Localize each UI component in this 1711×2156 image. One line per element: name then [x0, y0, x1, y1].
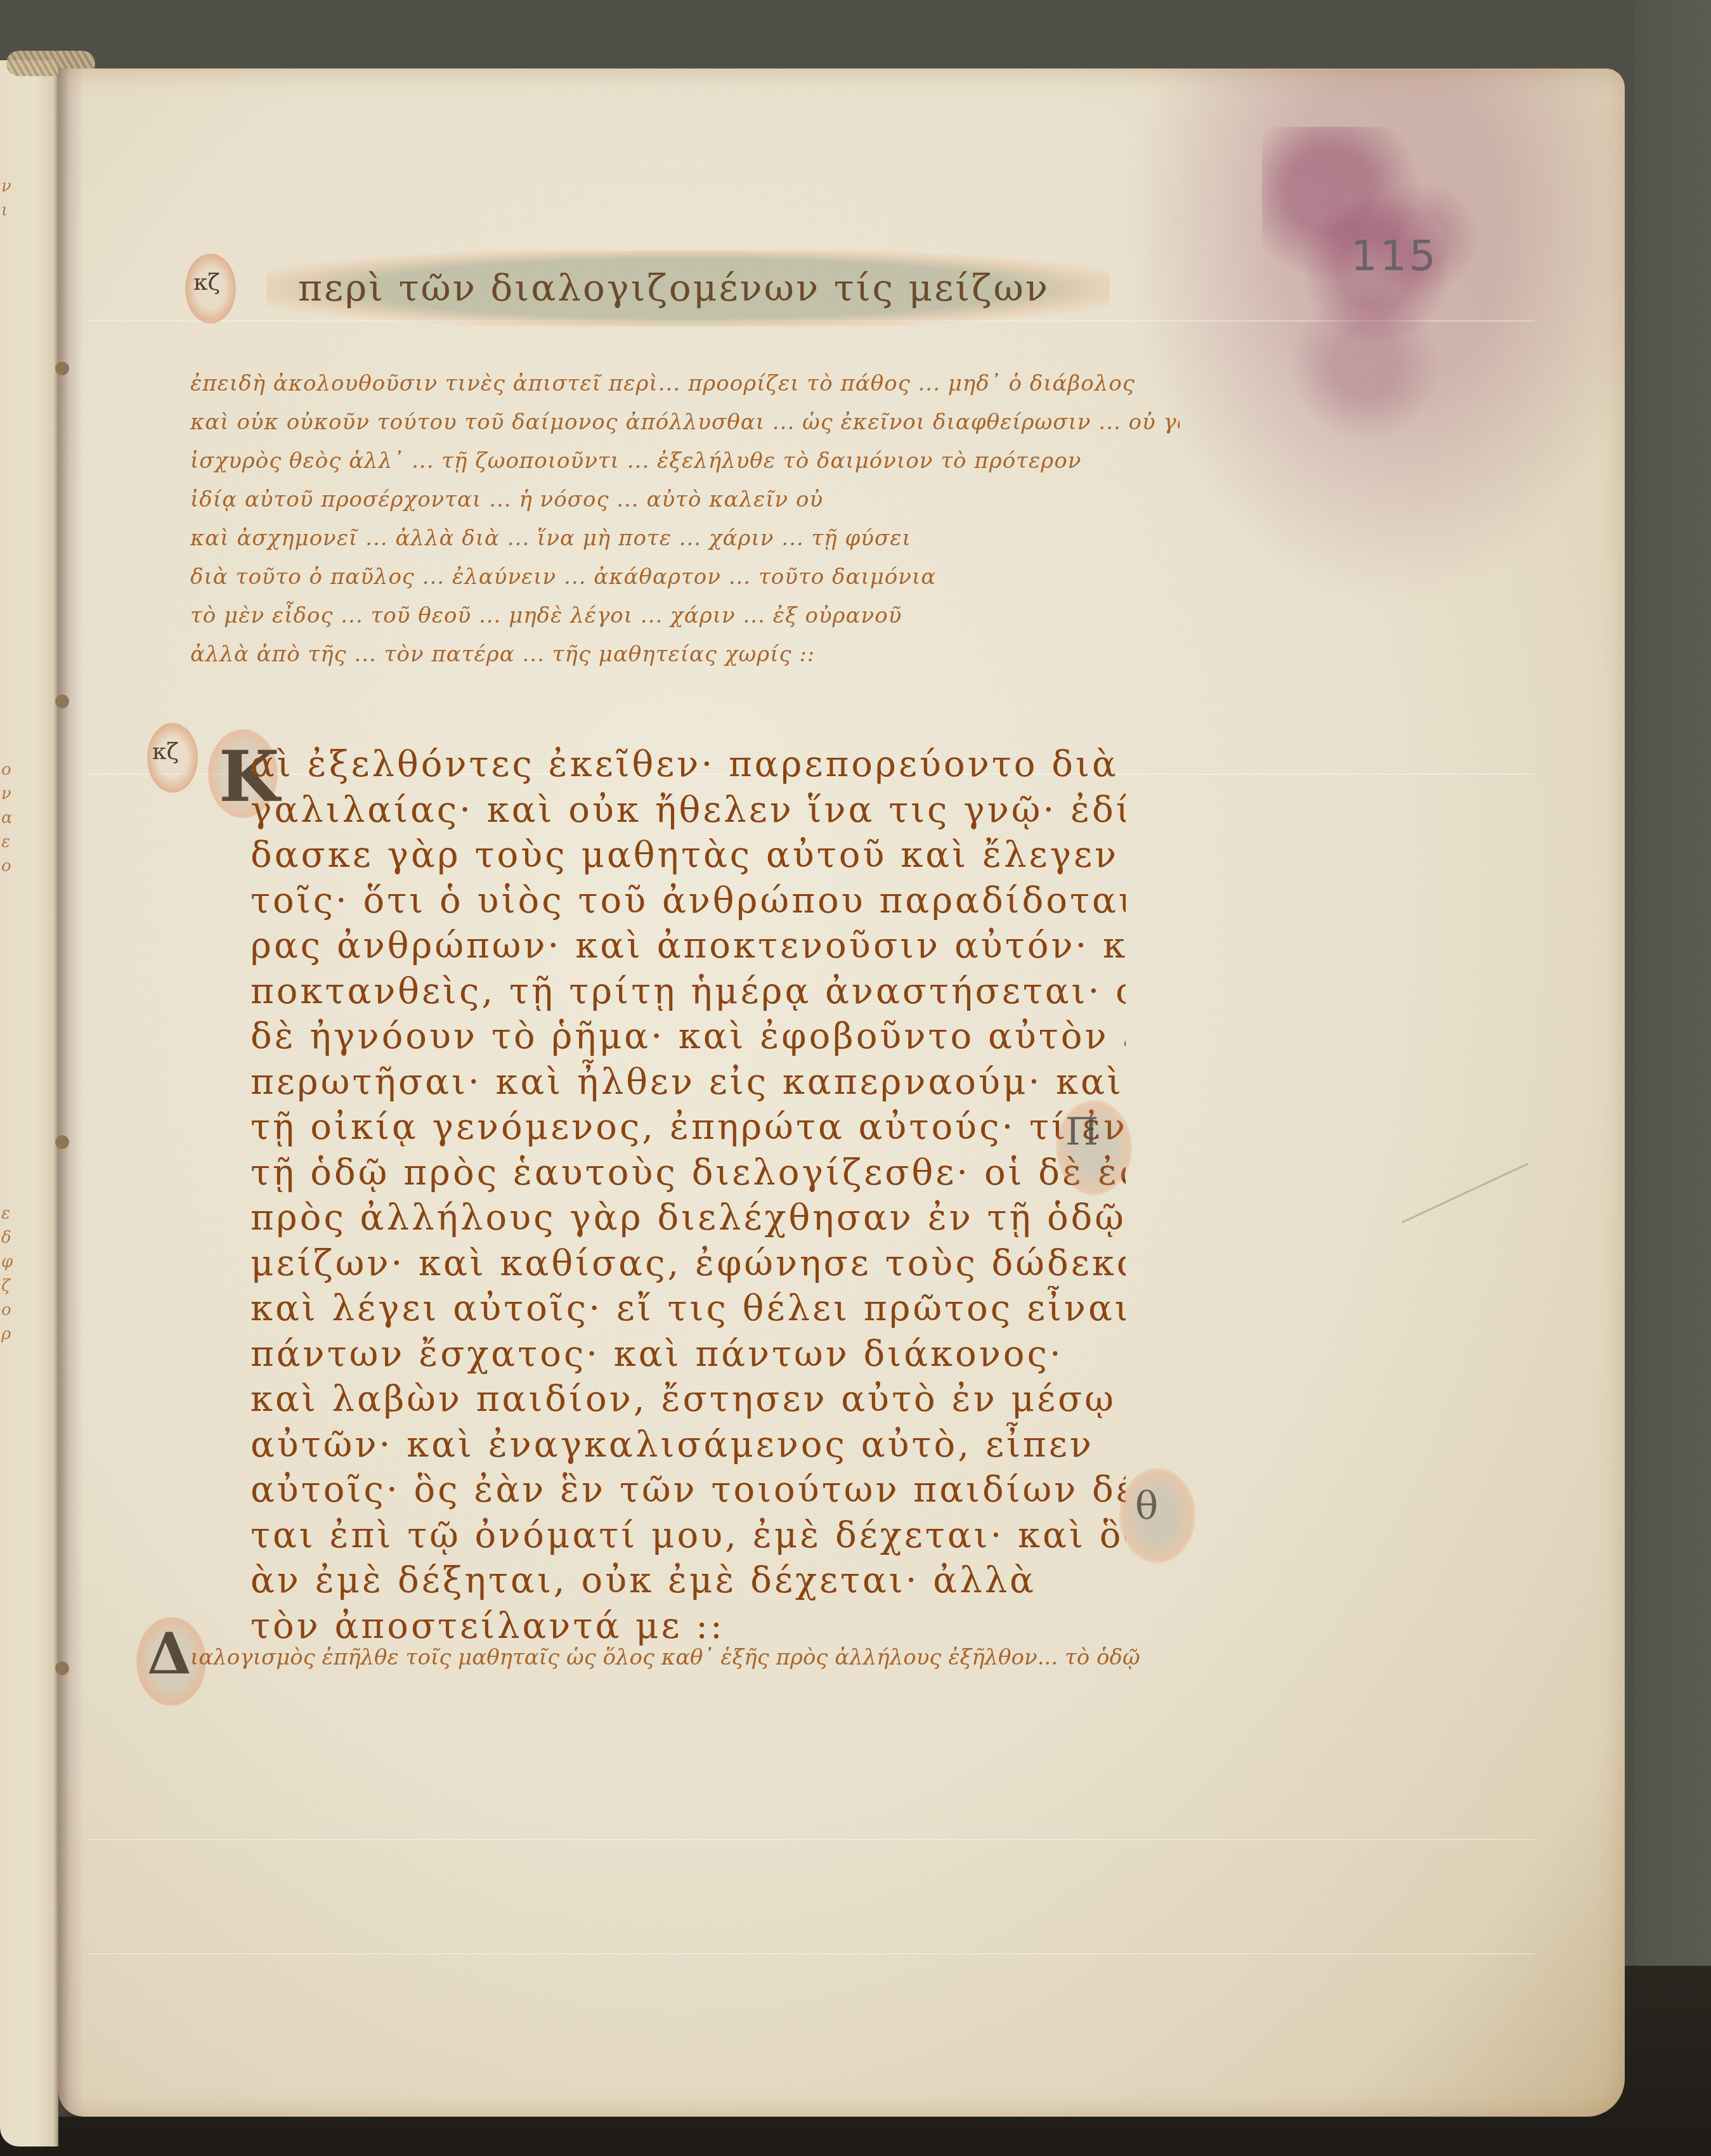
- decorated-initial: Δ: [147, 1620, 192, 1687]
- text-line: τοῖς· ὅτι ὁ υἱὸς τοῦ ἀνθρώπου παραδίδοτα…: [250, 878, 1126, 924]
- sewing-station: [49, 361, 75, 375]
- marginal-note: θ: [1135, 1484, 1158, 1528]
- section-marker: κζ: [193, 269, 220, 295]
- text-line: περωτῆσαι· καὶ ἦλθεν εἰς καπερναούμ· καὶ…: [250, 1060, 1126, 1105]
- text-line: πρὸς ἀλλήλους γὰρ διελέχθησαν ἐν τῇ ὁδῷ,…: [250, 1195, 1126, 1241]
- text-line: τὸν ἀποστείλαντά με ::: [250, 1604, 1126, 1649]
- text-line: ποκτανθεὶς, τῇ τρίτῃ ἡμέρᾳ ἀναστήσεται· …: [250, 969, 1126, 1015]
- text-line: καὶ λαβὼν παιδίον, ἔστησεν αὐτὸ ἐν μέσῳ: [250, 1377, 1126, 1422]
- text-line: αὐτῶν· καὶ ἐναγκαλισάμενος αὐτὸ, εἶπεν: [250, 1422, 1126, 1468]
- commentary-line: ἀλλὰ ἀπὸ τῆς ... τὸν πατέρα ... τῆς μαθη…: [190, 635, 1180, 674]
- background-right: [1635, 0, 1711, 2156]
- commentary-line: καὶ ἀσχημονεῖ ... ἀλλὰ διὰ ... ἵνα μὴ πο…: [190, 519, 1180, 558]
- facing-page-marks: ο ν α ε ο: [1, 758, 39, 878]
- sewing-station: [49, 1135, 75, 1149]
- text-line: αὶ ἐξελθόντες ἐκεῖθεν· παρεπορεύοντο διὰ…: [250, 742, 1126, 788]
- text-line: αὐτοῖς· ὃς ἐὰν ἓν τῶν τοιούτων παιδίων δ…: [250, 1467, 1126, 1513]
- sewing-station: [49, 1661, 75, 1675]
- text-line: ρας ἀνθρώπων· καὶ ἀποκτενοῦσιν αὐτόν· κα…: [250, 923, 1126, 969]
- commentary-line: ἰδίᾳ αὐτοῦ προσέρχονται ... ἡ νόσος ... …: [190, 481, 1180, 519]
- text-line: δὲ ἠγνόουν τὸ ῥῆμα· καὶ ἐφοβοῦντο αὐτὸν …: [250, 1014, 1126, 1060]
- commentary-line: καὶ οὐκ οὐκοῦν τούτου τοῦ δαίμονος ἀπόλλ…: [190, 403, 1180, 442]
- text-line: πάντων ἔσχατος· καὶ πάντων διάκονος·: [250, 1332, 1126, 1377]
- facing-page-marks: ε δ φ ζ ο ρ: [1, 1202, 39, 1346]
- text-line: καὶ λέγει αὐτοῖς· εἴ τις θέλει πρῶτος εἶ…: [250, 1286, 1126, 1332]
- commentary-block: ἐπειδὴ ἀκολουθοῦσιν τινὲς ἀπιστεῖ περὶ..…: [190, 365, 1180, 674]
- sewing-station: [49, 694, 75, 708]
- ink-stain: [1262, 127, 1490, 444]
- ruling-line: [89, 1839, 1535, 1840]
- text-line: γαλιλαίας· καὶ οὐκ ἤθελεν ἵνα τις γνῷ· ἐ…: [250, 788, 1126, 833]
- gutter-shadow: [58, 68, 84, 2117]
- commentary-line: ἰσχυρὸς θεὸς ἀλλ᾽ ... τῇ ζωοποιοῦντι ...…: [190, 442, 1180, 481]
- facing-page-marks: ν ι: [1, 174, 39, 223]
- main-text-block: αὶ ἐξελθόντες ἐκεῖθεν· παρεπορεύοντο διὰ…: [250, 742, 1126, 1649]
- text-line: δασκε γὰρ τοὺς μαθητὰς αὐτοῦ καὶ ἔλεγεν …: [250, 833, 1126, 878]
- text-line: ται ἐπὶ τῷ ὀνόματί μου, ἐμὲ δέχεται· καὶ…: [250, 1513, 1126, 1559]
- ruling-line: [89, 1953, 1535, 1954]
- marginal-note: Π: [1065, 1110, 1098, 1154]
- commentary-line: διὰ τοῦτο ὁ παῦλος ... ἐλαύνειν ... ἀκάθ…: [190, 558, 1180, 597]
- commentary-line: τὸ μὲν εἶδος ... τοῦ θεοῦ ... μηδὲ λέγοι…: [190, 597, 1180, 635]
- text-line: τῇ ὁδῷ πρὸς ἑαυτοὺς διελογίζεσθε· οἱ δὲ …: [250, 1150, 1126, 1196]
- section-marker: κζ: [152, 739, 179, 765]
- text-line: τῇ οἰκίᾳ γενόμενος, ἐπηρώτα αὐτούς· τί ἐ…: [250, 1105, 1126, 1150]
- text-line: μείζων· καὶ καθίσας, ἐφώνησε τοὺς δώδεκα…: [250, 1241, 1126, 1287]
- folio-number: 115: [1351, 231, 1438, 280]
- commentary-line: ἐπειδὴ ἀκολουθοῦσιν τινὲς ἀπιστεῖ περὶ..…: [190, 365, 1180, 403]
- chapter-heading: περὶ τῶν διαλογιζομένων τίς μείζων: [298, 266, 1249, 309]
- text-line: ὰν ἐμὲ δέξηται, οὐκ ἐμὲ δέχεται· ἀλλὰ: [250, 1558, 1126, 1604]
- commentary-line: ιαλογισμὸς ἐπῆλθε τοῖς μαθηταῖς ὡς ὅλος …: [190, 1645, 1142, 1670]
